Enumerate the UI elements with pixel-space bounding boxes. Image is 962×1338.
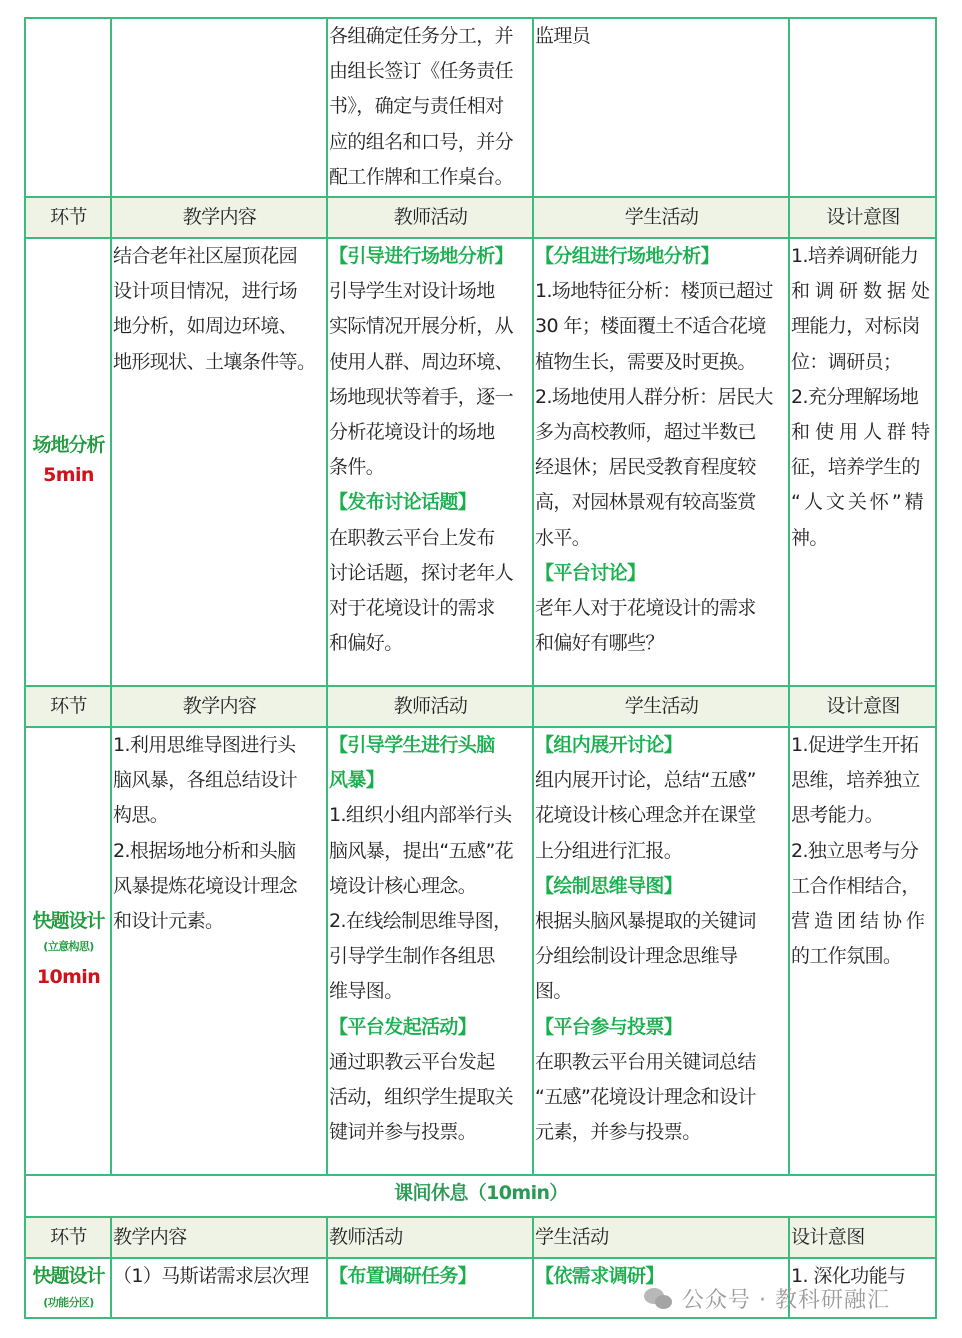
text-line: 思维，培养独立	[791, 763, 935, 798]
activity-title: 【引导学生进行头脑	[329, 728, 532, 763]
text-line: 和偏好有哪些？	[535, 626, 788, 661]
activity-title: 【平台发起活动】	[329, 1010, 532, 1045]
text-line: 境设计核心理念。	[329, 869, 532, 904]
watermark-text: 公众号 · 教科研融汇	[682, 1283, 890, 1314]
text-line: 在职教云平台用关键词总结	[535, 1045, 788, 1080]
design-intent-cell: 1.促进学生开拓 思维，培养独立 思考能力。 2.独立思考与分 工合作相结合， …	[789, 727, 936, 1175]
text-line: 水平。	[535, 521, 788, 556]
content-cell: 结合老年社区屋顶花园 设计项目情况，进行场 地分析，如周边环境、 地形现状、土壤…	[111, 238, 327, 686]
activity-title: 【布置调研任务】	[329, 1259, 532, 1294]
text-line: 神。	[791, 521, 935, 556]
text-line: 对于花境设计的需求	[329, 591, 532, 626]
header-content: 教学内容	[111, 1217, 327, 1258]
text-line: 构思。	[113, 798, 326, 833]
text-line: 2.场地使用人群分析：居民大	[535, 380, 788, 415]
text-line: 多为高校教师，超过半数已	[535, 415, 788, 450]
text-line: 根据头脑风暴提取的关键词	[535, 904, 788, 939]
text-line: 元素，并参与投票。	[535, 1115, 788, 1150]
stage-name: 快题设计	[27, 1259, 110, 1293]
text-line: 营造团结协作	[791, 904, 935, 939]
teacher-activity-cell: 【引导学生进行头脑 风暴】 1.组织小组内部举行头 脑风暴，提出“五感”花 境设…	[327, 727, 533, 1175]
text-line: 设计项目情况，进行场	[113, 274, 326, 309]
stage-cell-empty	[25, 18, 111, 197]
teacher-activity-cell: 【布置调研任务】	[327, 1258, 533, 1318]
header-stage: 环节	[25, 197, 111, 238]
text-line: 活动，组织学生提取关	[329, 1080, 532, 1115]
text-line: 分组绘制设计理念思维导	[535, 939, 788, 974]
teacher-activity-cell: 【引导进行场地分析】 引导学生对设计场地 实际情况开展分析，从 使用人群、周边环…	[327, 238, 533, 686]
text-line: 理能力，对标岗	[791, 309, 935, 344]
stage-subtitle: (立意构思)	[27, 934, 110, 960]
header-content: 教学内容	[111, 686, 327, 727]
text-line: 位：调研员；	[791, 345, 935, 380]
student-activity-cell: 监理员	[533, 18, 789, 197]
text-line: 使用人群、周边环境、	[329, 345, 532, 380]
text-line: 引导学生制作各组思	[329, 939, 532, 974]
teacher-activity-cell: 各组确定任务分工，并 由组长签订《任务责任 书》，确定与责任相对 应的组名和口号…	[327, 18, 533, 197]
stage-subtitle: (功能分区)	[27, 1293, 110, 1313]
text-line: 场地现状等着手，逐一	[329, 380, 532, 415]
stage-cell: 快题设计 (立意构思) 10min	[25, 727, 111, 1175]
text-line: 讨论话题，探讨老年人	[329, 556, 532, 591]
text-line: 工合作相结合，	[791, 869, 935, 904]
text-line: 图。	[535, 974, 788, 1009]
text-line: 2.在线绘制思维导图，	[329, 904, 532, 939]
text-line: 地形现状、土壤条件等。	[113, 345, 326, 380]
text-line: 应的组名和口号，并分	[329, 125, 532, 160]
text-line: 上分组进行汇报。	[535, 834, 788, 869]
wechat-icon	[644, 1288, 674, 1310]
table-header-row: 环节 教学内容 教师活动 学生活动 设计意图	[25, 686, 936, 727]
header-intent: 设计意图	[789, 686, 936, 727]
text-line: 和使用人群特	[791, 415, 935, 450]
text-line: 老年人对于花境设计的需求	[535, 591, 788, 626]
text-line: 和调研数据处	[791, 274, 935, 309]
header-intent: 设计意图	[789, 197, 936, 238]
text-line: 30 年；楼面覆土不适合花境	[535, 309, 788, 344]
table-row-break: 课间休息（10min）	[25, 1175, 936, 1217]
text-line: 2.独立思考与分	[791, 834, 935, 869]
header-stage: 环节	[25, 1217, 111, 1258]
table-header-row: 环节 教学内容 教师活动 学生活动 设计意图	[25, 197, 936, 238]
header-teacher: 教师活动	[327, 197, 533, 238]
text-line: 思考能力。	[791, 798, 935, 833]
text-line: 2.根据场地分析和头脑	[113, 834, 326, 869]
header-student: 学生活动	[533, 1217, 789, 1258]
design-intent-cell: 1.培养调研能力 和调研数据处 理能力，对标岗 位：调研员； 2.充分理解场地 …	[789, 238, 936, 686]
student-activity-cell: 【组内展开讨论】 组内展开讨论，总结“五感” 花境设计核心理念并在课堂 上分组进…	[533, 727, 789, 1175]
stage-name: 场地分析	[27, 432, 110, 458]
table-row-continuation: 各组确定任务分工，并 由组长签订《任务责任 书》，确定与责任相对 应的组名和口号…	[25, 18, 936, 197]
text-line: “五感”花境设计理念和设计	[535, 1080, 788, 1115]
text-line: 脑风暴，提出“五感”花	[329, 834, 532, 869]
text-line: 组内展开讨论，总结“五感”	[535, 763, 788, 798]
student-activity-cell: 【分组进行场地分析】 1.场地特征分析：楼顶已超过 30 年；楼面覆土不适合花境…	[533, 238, 789, 686]
text-line: 植物生长，需要及时更换。	[535, 345, 788, 380]
header-student: 学生活动	[533, 197, 789, 238]
stage-time: 5min	[27, 458, 110, 492]
activity-title: 【发布讨论话题】	[329, 485, 532, 520]
text-line: 1.培养调研能力	[791, 239, 935, 274]
text-line: 高，对园林景观有较高鉴赏	[535, 485, 788, 520]
text-line: 键词并参与投票。	[329, 1115, 532, 1150]
stage-name: 快题设计	[27, 908, 110, 934]
text-line: 风暴提炼花境设计理念	[113, 869, 326, 904]
activity-title: 【绘制思维导图】	[535, 869, 788, 904]
text-line: 征，培养学生的	[791, 450, 935, 485]
text-line: 地分析，如周边环境、	[113, 309, 326, 344]
text-line: 配工作牌和工作桌台。	[329, 160, 532, 195]
design-intent-cell-empty	[789, 18, 936, 197]
activity-title: 【引导进行场地分析】	[329, 239, 532, 274]
header-intent: 设计意图	[789, 1217, 936, 1258]
table-row-concept-design: 快题设计 (立意构思) 10min 1.利用思维导图进行头 脑风暴，各组总结设计…	[25, 727, 936, 1175]
text-line: 1.促进学生开拓	[791, 728, 935, 763]
text-line: 监理员	[535, 19, 788, 54]
text-line: （1）马斯诺需求层次理	[113, 1259, 326, 1294]
text-line: 条件。	[329, 450, 532, 485]
text-line: 1.利用思维导图进行头	[113, 728, 326, 763]
text-line: 1.组织小组内部举行头	[329, 798, 532, 833]
text-line: 引导学生对设计场地	[329, 274, 532, 309]
text-line: 通过职教云平台发起	[329, 1045, 532, 1080]
text-line: “人文关怀”精	[791, 485, 935, 520]
text-line: 花境设计核心理念并在课堂	[535, 798, 788, 833]
stage-cell: 快题设计 (功能分区)	[25, 1258, 111, 1318]
text-line: 的工作氛围。	[791, 939, 935, 974]
text-line: 在职教云平台上发布	[329, 521, 532, 556]
watermark: 公众号 · 教科研融汇	[644, 1283, 890, 1314]
table-row-site-analysis: 场地分析 5min 结合老年社区屋顶花园 设计项目情况，进行场 地分析，如周边环…	[25, 238, 936, 686]
text-line: 由组长签订《任务责任	[329, 54, 532, 89]
text-line: 维导图。	[329, 974, 532, 1009]
text-line: 经退休；居民受教育程度较	[535, 450, 788, 485]
text-line: 2.充分理解场地	[791, 380, 935, 415]
break-label: 课间休息（10min）	[25, 1175, 936, 1217]
text-line: 和设计元素。	[113, 904, 326, 939]
text-line: 脑风暴，各组总结设计	[113, 763, 326, 798]
text-line: 结合老年社区屋顶花园	[113, 239, 326, 274]
activity-title: 风暴】	[329, 763, 532, 798]
stage-time: 10min	[27, 960, 110, 994]
activity-title: 【组内展开讨论】	[535, 728, 788, 763]
content-cell-empty	[111, 18, 327, 197]
stage-cell: 场地分析 5min	[25, 238, 111, 686]
activity-title: 【平台参与投票】	[535, 1010, 788, 1045]
activity-title: 【平台讨论】	[535, 556, 788, 591]
content-cell: （1）马斯诺需求层次理	[111, 1258, 327, 1318]
header-student: 学生活动	[533, 686, 789, 727]
header-teacher: 教师活动	[327, 1217, 533, 1258]
lesson-plan-table: 各组确定任务分工，并 由组长签订《任务责任 书》，确定与责任相对 应的组名和口号…	[24, 17, 937, 1319]
table-header-row: 环节 教学内容 教师活动 学生活动 设计意图	[25, 1217, 936, 1258]
header-stage: 环节	[25, 686, 111, 727]
header-teacher: 教师活动	[327, 686, 533, 727]
header-content: 教学内容	[111, 197, 327, 238]
text-line: 书》，确定与责任相对	[329, 89, 532, 124]
text-line: 和偏好。	[329, 626, 532, 661]
text-line: 实际情况开展分析，从	[329, 309, 532, 344]
content-cell: 1.利用思维导图进行头 脑风暴，各组总结设计 构思。 2.根据场地分析和头脑 风…	[111, 727, 327, 1175]
text-line: 1.场地特征分析：楼顶已超过	[535, 274, 788, 309]
text-line: 各组确定任务分工，并	[329, 19, 532, 54]
activity-title: 【分组进行场地分析】	[535, 239, 788, 274]
text-line: 分析花境设计的场地	[329, 415, 532, 450]
